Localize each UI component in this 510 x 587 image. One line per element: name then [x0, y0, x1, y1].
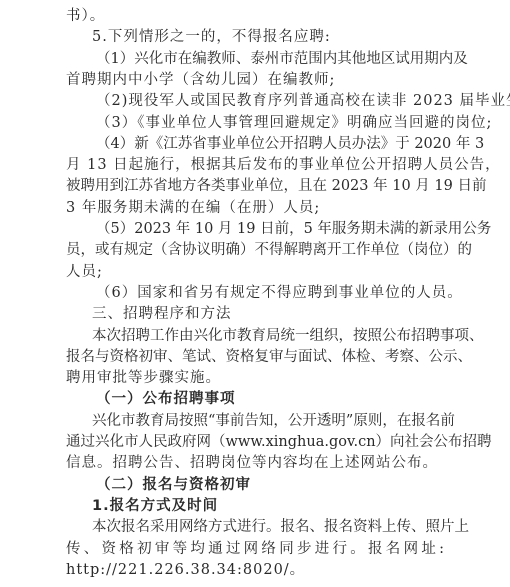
document-page: 书）。5.下列情形之一的，不得报名应聘:（1）兴化市在编教师、泰州市范围内其他地… — [0, 0, 510, 587]
subsection-heading: （一）公布招聘事项 — [96, 389, 444, 409]
text-line: 三、招聘程序和方法 — [92, 304, 444, 324]
text-line: （3）《事业单位人事管理回避规定》明确应当回避的岗位; — [96, 113, 444, 133]
subsection-heading: （二）报名与资格初审 — [96, 475, 444, 495]
text-line: 3 年服务期未满的在编（在册）人员; — [66, 198, 444, 218]
text-line: （2)现役军人或国民教育序列普通高校在读非 2023 届毕业生; — [96, 91, 444, 111]
text-line: （1）兴化市在编教师、泰州市范围内其他地区试用期内及 — [96, 49, 444, 69]
text-line: 书）。 — [66, 6, 444, 26]
text-line: （5）2023 年 10 月 19 日前，5 年服务期未满的新录用公务 — [96, 219, 444, 239]
text-line: （4）新《江苏省事业单位公开招聘人员办法》于 2020 年 3 — [96, 134, 444, 154]
text-line: http://221.226.38.34:8020/。 — [66, 560, 444, 580]
text-line: 通过兴化市人民政府网（www.xinghua.gov.cn）向社会公布招聘 — [66, 432, 444, 452]
text-line: 员，或有规定（含协议明确）不得解聘离开工作单位（岗位）的 — [66, 240, 444, 260]
text-line: 5.下列情形之一的，不得报名应聘: — [92, 27, 444, 47]
text-line: 信息。招聘公告、招聘岗位等内容均在上述网站公布。 — [66, 453, 444, 473]
text-line: 报名与资格初审、笔试、资格复审与面试、体检、考察、公示、 — [66, 347, 444, 367]
text-line: 本次招聘工作由兴化市教育局统一组织，按照公布招聘事项、 — [92, 326, 444, 346]
text-line: 本次报名采用网络方式进行。报名、报名资料上传、照片上 — [92, 517, 444, 537]
subsection-heading: 1.报名方式及时间 — [92, 496, 444, 516]
text-line: 传、资格初审等均通过网络同步进行。报名网址: — [66, 539, 444, 559]
text-line: 兴化市教育局按照“事前告知，公开透明”原则，在报名前 — [92, 411, 444, 431]
text-line: 人员; — [66, 262, 444, 282]
text-line: 被聘用到江苏省地方各类事业单位，且在 2023 年 10 月 19 日前 — [66, 176, 444, 196]
text-line: （6）国家和省另有规定不得应聘到事业单位的人员。 — [96, 283, 444, 303]
text-line: 聘用审批等步骤实施。 — [66, 368, 444, 388]
text-line: 首聘期内中小学（含幼儿园）在编教师; — [66, 70, 444, 90]
text-line: 月 13 日起施行，根据其后发布的事业单位公开招聘人员公告， — [66, 155, 444, 175]
